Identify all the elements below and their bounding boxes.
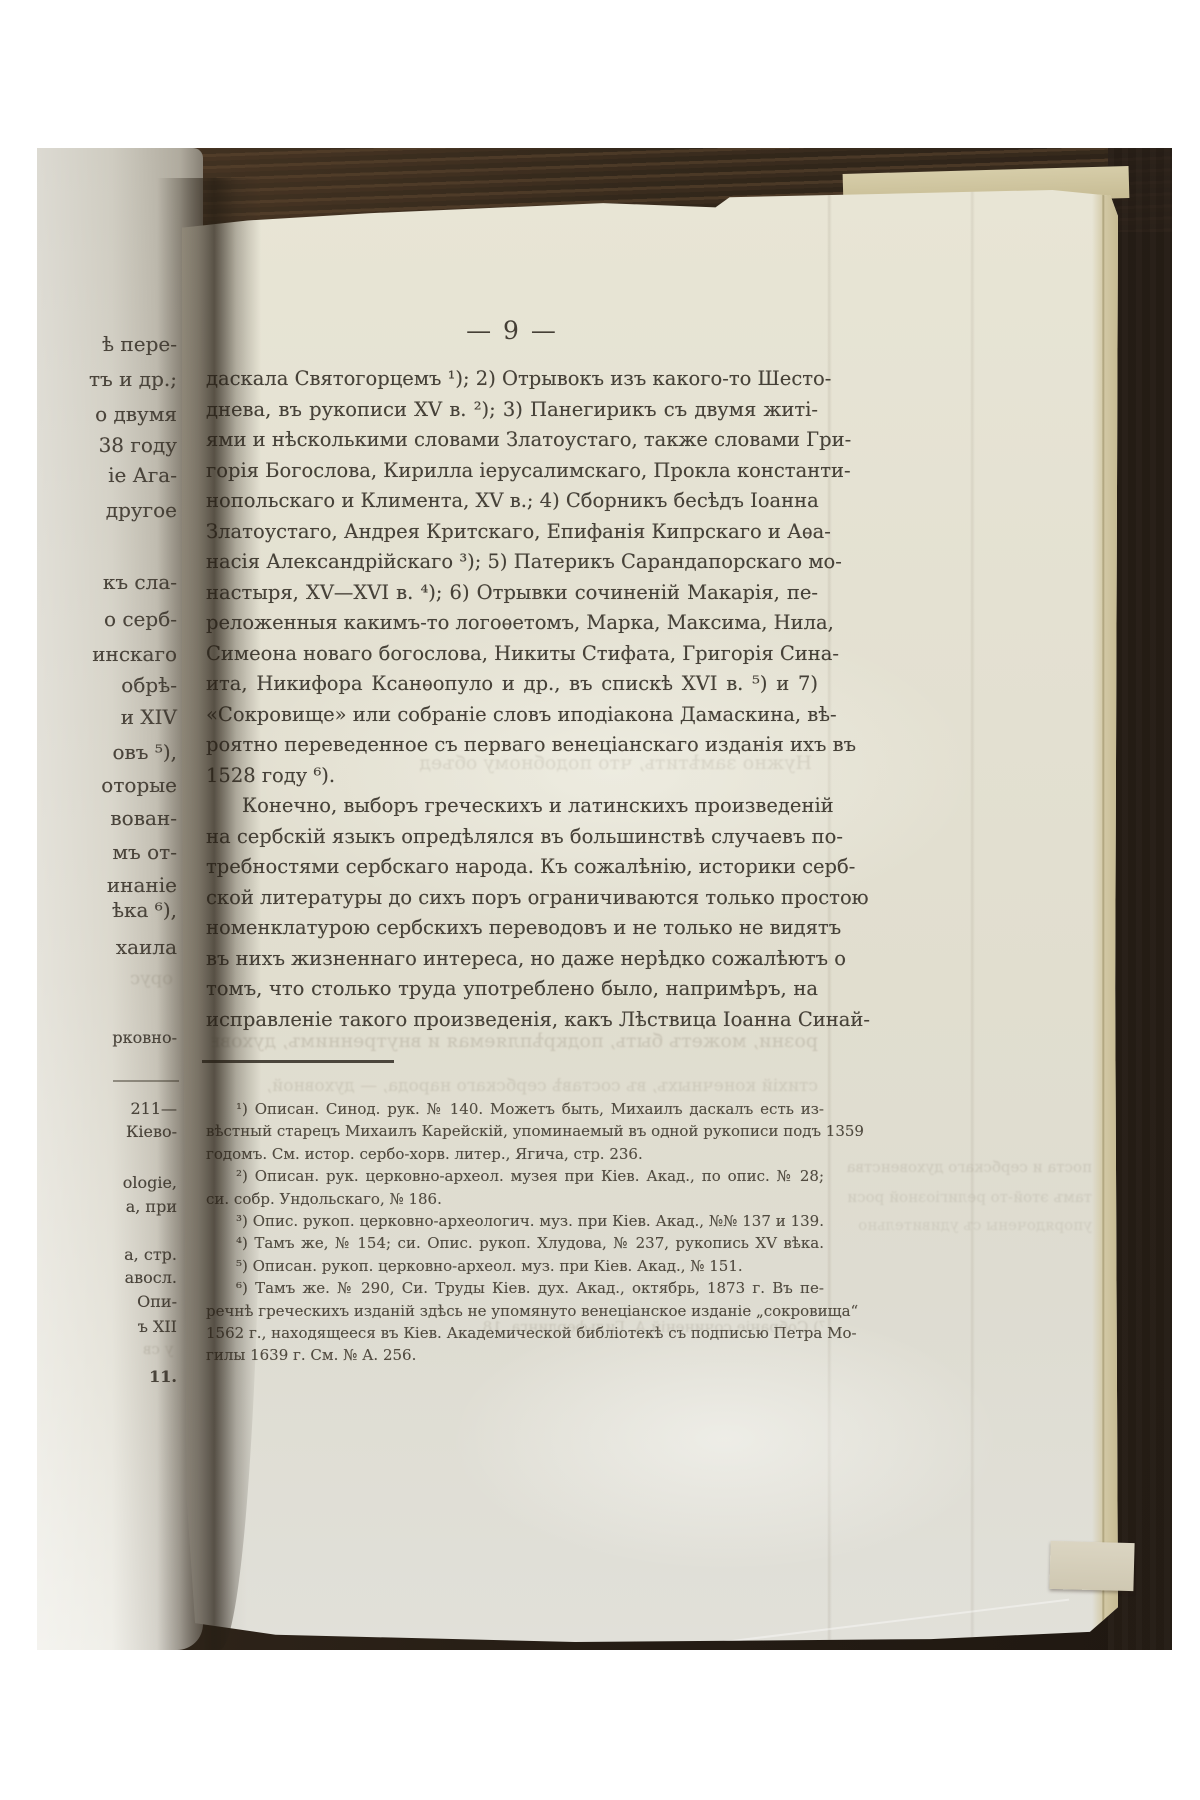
footnote-line: вѣстный старецъ Михаилъ Карейскій, упоми… bbox=[206, 1120, 824, 1142]
gutter-shadow bbox=[157, 178, 261, 1650]
repair-tab bbox=[1049, 1541, 1134, 1591]
footnote-line: ⁶) Тамъ же. № 290, Си. Труды Кіев. дух. … bbox=[206, 1277, 824, 1299]
body-text-line: «Сокровище» или собраніе словъ иподіакон… bbox=[206, 700, 818, 731]
body-text-line: Симеона новаго богослова, Никиты Стифата… bbox=[206, 639, 818, 670]
body-text-line: Златоустаго, Андрея Критскаго, Епифанія … bbox=[206, 517, 818, 548]
book-photo: ѣ пере-тъ и др.;о двумя38 годуіе Ага-дру… bbox=[37, 148, 1172, 1650]
body-text-line: настыря, XV—XVI в. ⁴); 6) Отрывки сочине… bbox=[206, 578, 818, 609]
body-text-line: горія Богослова, Кирилла іерусалимскаго,… bbox=[206, 456, 818, 487]
body-text-line: даскала Святогорцемъ ¹); 2) Отрывокъ изъ… bbox=[206, 364, 818, 395]
body-text-line: требностями сербскаго народа. Къ сожалѣн… bbox=[206, 852, 818, 883]
page-number: — 9 — bbox=[206, 316, 818, 345]
body-text-line: нопольскаго и Климента, XV в.; 4) Сборни… bbox=[206, 486, 818, 517]
bleedthrough-text: стихій конечныхъ, въ составѣ сербскаго н… bbox=[212, 1076, 818, 1096]
bleedthrough-text: розни, можетъ быть, подкрѣпляемая и внут… bbox=[212, 1030, 818, 1052]
body-text-line: насія Александрійскаго ³); 5) Патерикъ С… bbox=[206, 547, 818, 578]
body-text-line: на сербскій языкъ опредѣлялся въ большин… bbox=[206, 822, 818, 853]
footnote-line: ³) Опис. рукоп. церковно-археологич. муз… bbox=[206, 1210, 824, 1232]
bleedthrough-text: тамъ этой-то религіозной роси bbox=[842, 1188, 1092, 1206]
footnote-line: ¹) Описан. Синод. рук. № 140. Можетъ быт… bbox=[206, 1098, 824, 1120]
body-text-line: томъ, что столько труда употреблено было… bbox=[206, 974, 818, 1005]
background-right-shadow bbox=[1108, 148, 1172, 1650]
bleedthrough-text: поста и сербскаго духовенства bbox=[842, 1158, 1092, 1176]
paper-crease bbox=[558, 1599, 1069, 1650]
body-text-line: реложенныя какимъ-то логоѳетомъ, Марка, … bbox=[206, 608, 818, 639]
footnote-line: годомъ. См. истор. сербо-хорв. литер., Я… bbox=[206, 1143, 824, 1165]
right-page: — 9 — даскала Святогорцемъ ¹); 2) Отрыво… bbox=[182, 190, 1118, 1642]
body-text-line: ской литературы до сихъ поръ ограничиваю… bbox=[206, 883, 818, 914]
bleedthrough-text: упорядочены съ удивительно bbox=[842, 1216, 1092, 1234]
body-text-line: Конечно, выборъ греческихъ и латинскихъ … bbox=[206, 791, 818, 822]
footnote-line: ²) Описан. рук. церковно-археол. музея п… bbox=[206, 1165, 824, 1187]
body-text-line: ита, Никифора Ксанѳопуло и др., въ списк… bbox=[206, 669, 818, 700]
footnote-line: ⁴) Тамъ же, № 154; си. Опис. рукоп. Хлуд… bbox=[206, 1232, 824, 1254]
page-edge-stack bbox=[1092, 190, 1118, 1642]
body-text-line: днева, въ рукописи XV в. ²); 3) Панегири… bbox=[206, 395, 818, 426]
bleedthrough-text: ⁷) Собраніе сочиненій А. Гильфердинга, 1… bbox=[395, 1318, 825, 1336]
body-text-line: номенклатурою сербскихъ переводовъ и не … bbox=[206, 913, 818, 944]
body-text-line: въ нихъ жизненнаго интереса, но даже нер… bbox=[206, 944, 818, 975]
screenshot-root: ѣ пере-тъ и др.;о двумя38 годуіе Ага-дру… bbox=[0, 0, 1200, 1800]
body-text: даскала Святогорцемъ ¹); 2) Отрывокъ изъ… bbox=[206, 364, 818, 1035]
footnote-line: ⁵) Описан. рукоп. церковно-археол. муз. … bbox=[206, 1255, 824, 1277]
body-text-line: ями и нѣсколькими словами Златоустаго, т… bbox=[206, 425, 818, 456]
bleedthrough-text: Нужно замѣтить, что подобному объединені… bbox=[420, 752, 812, 774]
footnote-line: гилы 1639 г. См. № А. 256. bbox=[206, 1344, 824, 1366]
footnote-line: си. собр. Ундольскаго, № 186. bbox=[206, 1188, 824, 1210]
